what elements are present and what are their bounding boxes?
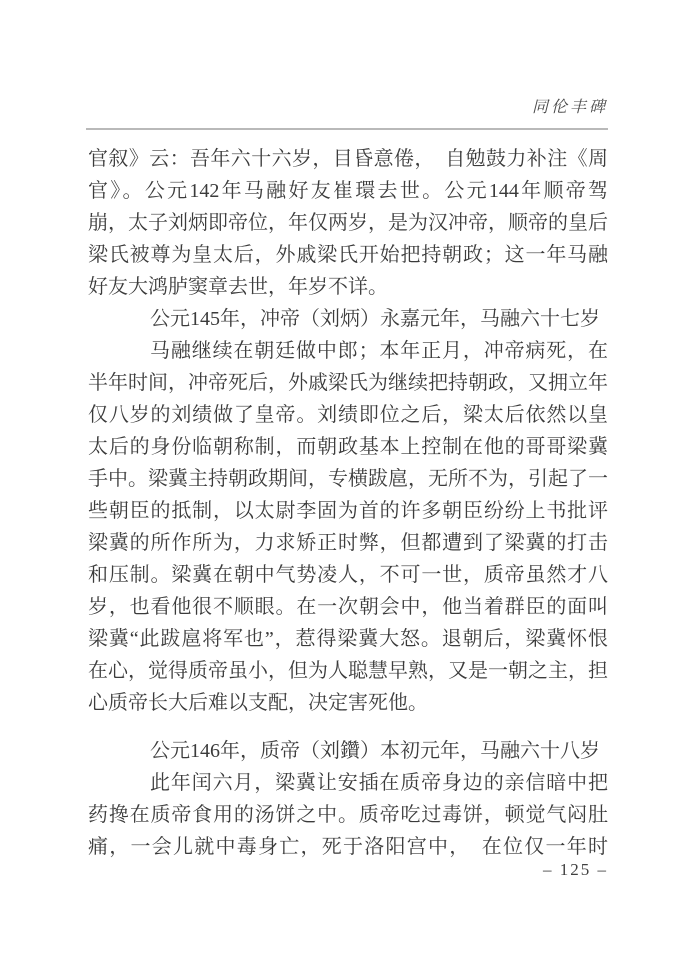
text-line: 梁冀“此跋扈将军也”，惹得梁冀大怒。退朝后，梁冀怀恨 <box>88 623 608 655</box>
text-line: 岁，也看他很不顺眼。在一次朝会中，他当着群臣的面叫 <box>88 591 608 623</box>
running-title: 同伦丰碑 <box>532 99 608 116</box>
text-line: 马融继续在朝廷做中郎；本年正月，冲帝病死，在位仅 <box>88 335 608 367</box>
book-page: 同伦丰碑 官叙》云：吾年六十六岁，目昏意倦， 自勉鼓力补注《周官》。公元142年… <box>0 0 692 968</box>
body-text: 官叙》云：吾年六十六岁，目昏意倦， 自勉鼓力补注《周官》。公元142年马融好友崔… <box>88 143 608 863</box>
text-line: 药搀在质帝食用的汤饼之中。质帝吃过毒饼，顿觉气闷肚 <box>88 799 608 831</box>
text-line: 半年时间，冲帝死后，外戚梁氏为继续把持朝政，又拥立年 <box>88 367 608 399</box>
text-line: 此年闰六月，梁冀让安插在质帝身边的亲信暗中把毒 <box>88 767 608 799</box>
text-line: 公元146年，质帝（刘鑽）本初元年，马融六十八岁 <box>88 735 608 767</box>
text-line: 崩，太子刘炳即帝位，年仅两岁，是为汉冲帝，顺帝的皇后 <box>88 207 608 239</box>
text-line: 梁冀的所作所为，力求矫正时弊，但都遭到了梁冀的打击 <box>88 527 608 559</box>
text-line: 好友大鸿胪窦章去世，年岁不详。 <box>88 271 608 303</box>
text-line: 和压制。梁冀在朝中气势凌人，不可一世，质帝虽然才八 <box>88 559 608 591</box>
text-line: 公元145年，冲帝（刘炳）永嘉元年，马融六十七岁 <box>88 303 608 335</box>
text-line: 梁氏被尊为皇太后，外戚梁氏开始把持朝政；这一年马融 <box>88 239 608 271</box>
text-line: 官叙》云：吾年六十六岁，目昏意倦， 自勉鼓力补注《周 <box>88 143 608 175</box>
page-number: – 125 – <box>88 860 608 880</box>
text-line: 痛，一会儿就中毒身亡，死于洛阳宫中， 在位仅一年时 <box>88 831 608 863</box>
text-line: 心质帝长大后难以支配，决定害死他。 <box>88 687 608 719</box>
text-line: 仅八岁的刘绩做了皇帝。刘绩即位之后，梁太后依然以皇 <box>88 399 608 431</box>
text-line: 太后的身份临朝称制，而朝政基本上控制在他的哥哥梁冀 <box>88 431 608 463</box>
header-rule <box>86 128 608 130</box>
text-line: 在心，觉得质帝虽小，但为人聪慧早熟，又是一朝之主，担 <box>88 655 608 687</box>
text-line: 些朝臣的抵制，以太尉李固为首的许多朝臣纷纷上书批评 <box>88 495 608 527</box>
running-header: 同伦丰碑 <box>88 94 608 117</box>
text-line: 官》。公元142年马融好友崔環去世。公元144年顺帝驾 <box>88 175 608 207</box>
text-line: 手中。梁冀主持朝政期间，专横跋扈，无所不为，引起了一 <box>88 463 608 495</box>
